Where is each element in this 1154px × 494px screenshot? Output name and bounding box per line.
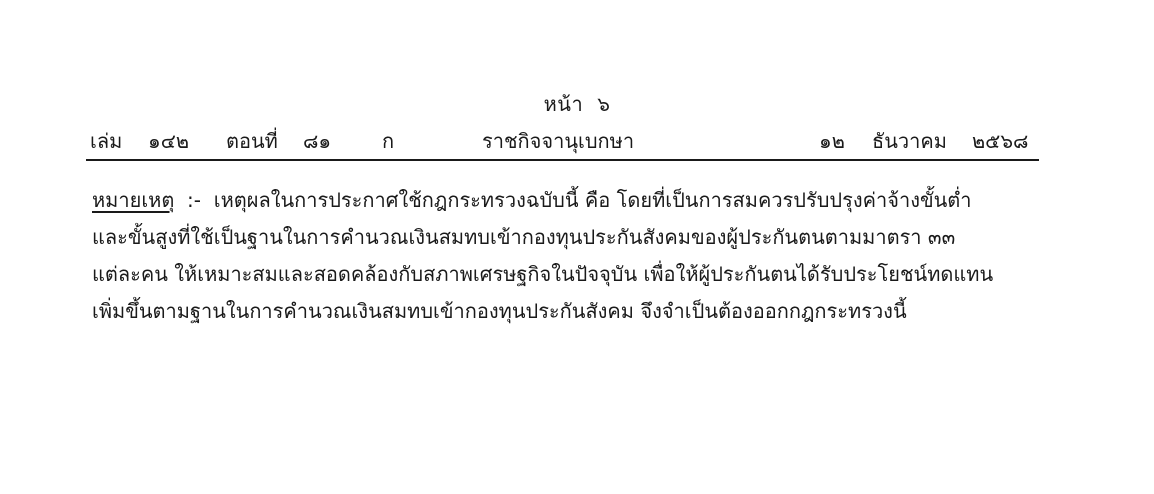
date-year: ๒๕๖๘ <box>972 125 1028 157</box>
section-letter: ก <box>382 125 394 157</box>
page-number-value: ๖ <box>597 92 610 116</box>
publication-title: ราชกิจจานุเบกษา <box>482 125 634 157</box>
note-label: หมายเหตุ <box>92 188 174 212</box>
issue-number: ๘๑ <box>303 125 331 157</box>
note-text-1: เหตุผลในการประกาศใช้กฎกระทรวงฉบับนี้ คือ… <box>214 188 972 212</box>
volume-number: ๑๔๒ <box>148 125 189 157</box>
note-line-1: หมายเหตุ :- เหตุผลในการประกาศใช้กฎกระทรว… <box>92 182 1042 219</box>
note-line-3: แต่ละคน ให้เหมาะสมและสอดคล้องกับสภาพเศรษ… <box>92 256 1042 293</box>
volume-label: เล่ม <box>90 125 122 157</box>
page-number: หน้า๖ <box>0 88 1154 120</box>
note-separator: :- <box>187 188 201 212</box>
header-divider <box>86 159 1039 161</box>
date-day: ๑๒ <box>819 125 845 157</box>
note-paragraph: หมายเหตุ :- เหตุผลในการประกาศใช้กฎกระทรว… <box>92 182 1042 330</box>
issue-label: ตอนที่ <box>226 125 278 157</box>
date-month: ธันวาคม <box>872 125 947 157</box>
note-line-2: และขั้นสูงที่ใช้เป็นฐานในการคำนวณเงินสมท… <box>92 219 1042 256</box>
gazette-header: เล่ม ๑๔๒ ตอนที่ ๘๑ ก ราชกิจจานุเบกษา ๑๒ … <box>90 125 1040 155</box>
page-label: หน้า <box>544 92 584 116</box>
note-line-4: เพิ่มขึ้นตามฐานในการคำนวณเงินสมทบเข้ากอง… <box>92 293 1042 330</box>
